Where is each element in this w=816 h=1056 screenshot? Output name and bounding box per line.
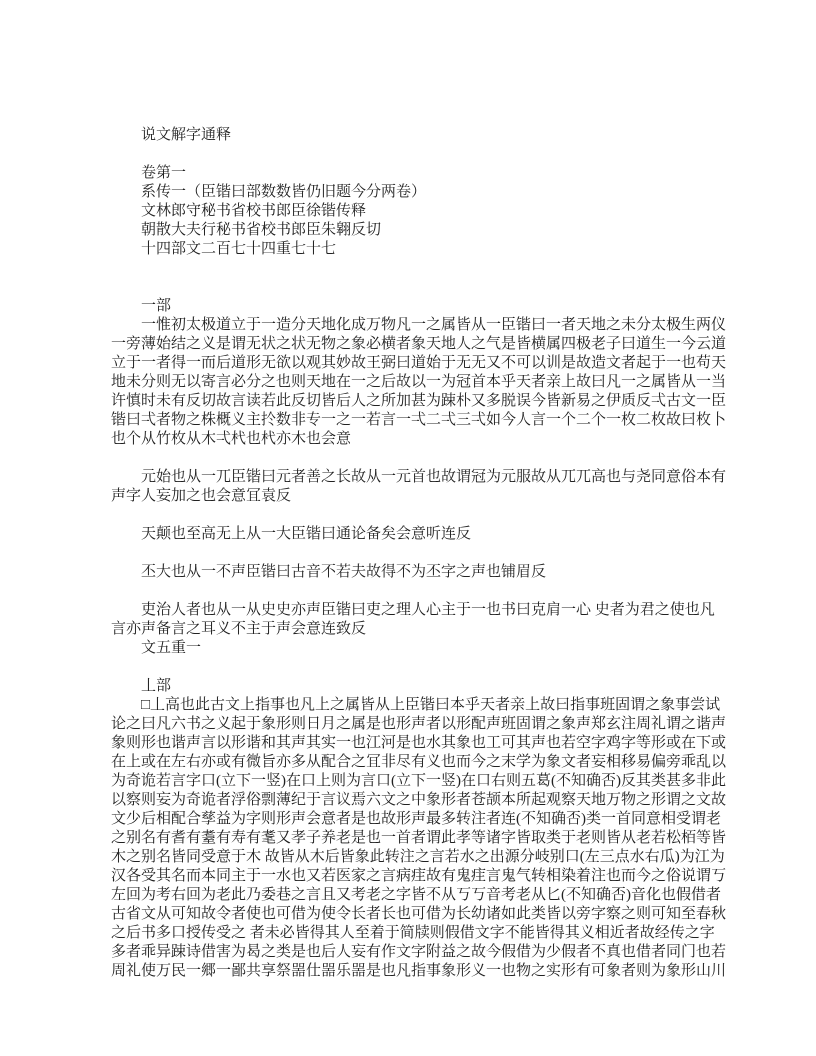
header-line-counts: 十四部文二百七十四重七十七 (111, 240, 727, 259)
entry-yi: 一惟初太极道立于一造分天地化成万物凡一之属皆从一臣锴曰一者天地之未分太极生两仪一… (111, 316, 727, 449)
section-footer-count: 文五重一 (111, 639, 727, 658)
entry-li: 吏治人者也从一从史史亦声臣锴曰吏之理人心主于一也书曰克肩一心 史者为君之使也凡言… (111, 601, 727, 639)
section-heading-yi-radical: 一部 (111, 297, 727, 316)
header-line-volume: 卷第一 (111, 164, 727, 183)
entry-tian: 天颠也至高无上从一大臣锴曰通论备矣会意听连反 (111, 525, 727, 544)
document-page: 说文解字通释 卷第一 系传一（臣锴曰部数数皆仍旧题今分两卷） 文林郎守秘书省校书… (0, 0, 816, 1056)
header-line-fanqie-author: 朝散大夫行秘书省校书郎臣朱翱反切 (111, 221, 727, 240)
section-heading-shang-radical: 丄部 (111, 677, 727, 696)
page-title: 说文解字通释 (111, 126, 727, 145)
entry-shang: □丄高也此古文上指事也凡上之属皆从上臣锴曰本乎天者亲上故曰指事班固谓之象事尝试论… (111, 696, 727, 981)
entry-pi: 丕大也从一不声臣锴曰古音不若夫故得不为丕字之声也铺眉反 (111, 563, 727, 582)
entry-yuan: 元始也从一兀臣锴曰元者善之长故从一元首也故谓冠为元服故从兀兀高也与尧同意俗本有声… (111, 468, 727, 506)
header-line-compiler: 文林郎守秘书省校书郎臣徐锴传释 (111, 202, 727, 221)
header-line-series-note: 系传一（臣锴曰部数数皆仍旧题今分两卷） (111, 183, 727, 202)
